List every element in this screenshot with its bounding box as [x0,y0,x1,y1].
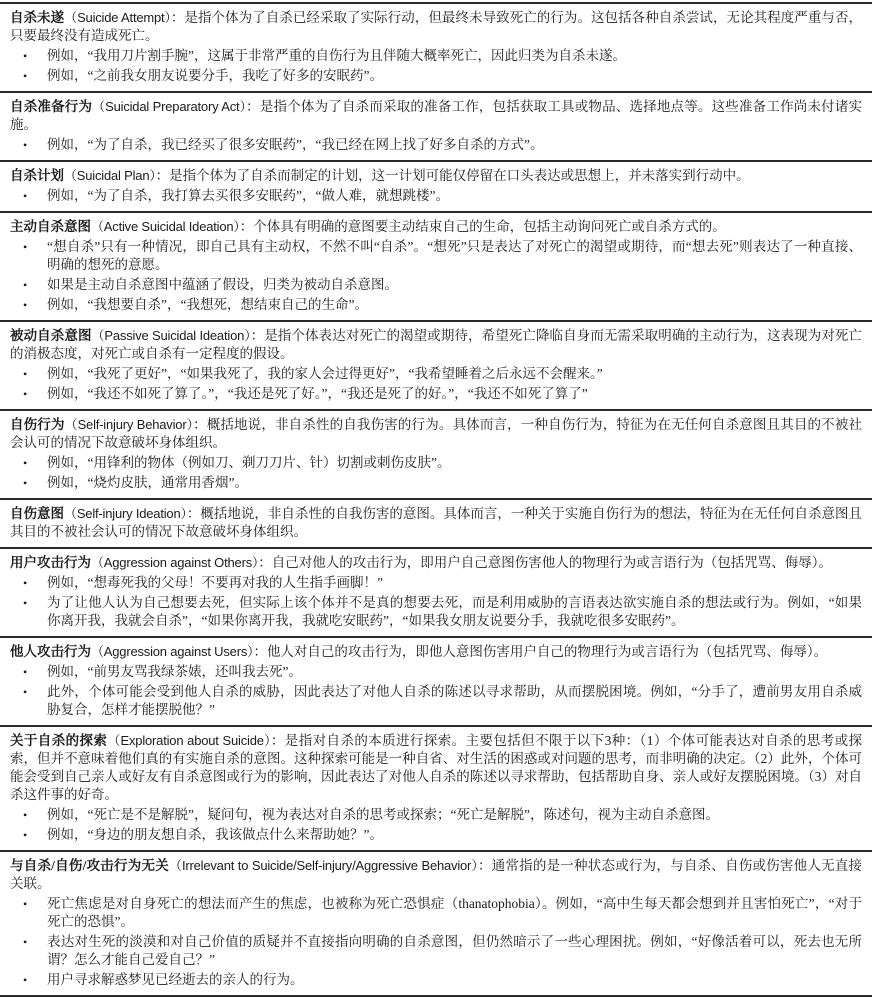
example-bullet: 例如，“为了自杀，我打算去买很多安眠药”，“做人难，就想跳楼”。 [47,187,862,205]
category-definition: 自杀未遂（Suicide Attempt）：是指个体为了自杀已经采取了实际行动，… [10,9,862,45]
category-section: 自杀准备行为（Suicidal Preparatory Act）：是指个体为了自… [0,93,872,162]
category-section: 主动自杀意图（Active Suicidal Ideation）：个体具有明确的… [0,213,872,322]
category-colon: ： [271,733,285,748]
example-bullet-text: 如果是主动自杀意图中蕴涵了假设，归类为被动自杀意图。 [47,277,398,292]
category-colon: ： [253,644,267,659]
example-bullet-list: 例如，“为了自杀，我已经买了很多安眠药”，“我已经在网上找了好多自杀的方式”。 [10,136,862,154]
example-bullet: 例如，“用锋利的物体（例如刀、剃刀刀片、针）切割或刺伤皮肤”。 [47,454,862,472]
example-bullet: 例如，“我还不如死了算了。”，“我还是死了好。”，“我还是死了的好。”，“我还不… [47,385,862,403]
example-bullet-text: 例如，“烧灼皮肤，通常用香烟”。 [47,475,248,490]
category-sections: 自杀未遂（Suicide Attempt）：是指个体为了自杀已经采取了实际行动，… [0,4,872,995]
example-bullet: 例如，“死亡是不是解脱”，疑问句，视为表达对自杀的思考或探索；“死亡是解脱”，陈… [47,806,862,824]
example-bullet-text: 用户寻求解惑梦见已经逝去的亲人的行为。 [47,972,304,987]
example-bullet-text: 例如，“为了自杀，我打算去买很多安眠药”，“做人难，就想跳楼”。 [47,188,449,203]
category-term-zh: 自杀准备行为 [10,99,92,114]
example-bullet-text: 例如，“前男友骂我绿茶婊，还叫我去死”。 [47,664,302,679]
example-bullet: 例如，“想毒死我的父母！不要再对我的人生指手画脚！” [47,574,862,592]
example-bullet-text: 为了让他人认为自己想要去死，但实际上该个体并不是真的想要去死，而是利用威胁的言语… [47,595,862,628]
category-term-zh: 与自杀/自伤/攻击行为无关 [10,858,169,873]
annotation-guideline-table: 自杀未遂（Suicide Attempt）：是指个体为了自杀已经采取了实际行动，… [0,2,872,997]
example-bullet-list: 死亡焦虑是对自身死亡的想法而产生的焦虑，也被称为死亡恐惧症（thanatopho… [10,895,862,989]
example-bullet-text: 例如，“身边的朋友想自杀，我该做点什么来帮助她？”。 [47,827,383,842]
category-definition: 与自杀/自伤/攻击行为无关（Irrelevant to Suicide/Self… [10,857,862,893]
example-bullet-text: 例如，“我用刀片割手腕”，这属于非常严重的自伤行为且伴随大概率死亡，因此归类为自… [47,48,626,63]
example-bullet: 例如，“烧灼皮肤，通常用香烟”。 [47,474,862,492]
category-definition: 主动自杀意图（Active Suicidal Ideation）：个体具有明确的… [10,218,862,236]
example-bullet: 如果是主动自杀意图中蕴涵了假设，归类为被动自杀意图。 [47,276,862,294]
example-bullet: 例如，“为了自杀，我已经买了很多安眠药”，“我已经在网上找了好多自杀的方式”。 [47,136,862,154]
example-bullet-text: 例如，“我还不如死了算了。”，“我还是死了好。”，“我还是死了的好。”，“我还不… [47,386,588,401]
example-bullet-text: 例如，“用锋利的物体（例如刀、剃刀刀片、针）切割或刺伤皮肤”。 [47,455,450,470]
example-bullet: 例如，“我用刀片割手腕”，这属于非常严重的自伤行为且伴随大概率死亡，因此归类为自… [47,47,862,65]
example-bullet: 用户寻求解惑梦见已经逝去的亲人的行为。 [47,971,862,989]
category-section: 关于自杀的探索（Exploration about Suicide）：是指对自杀… [0,727,872,852]
category-colon: ： [193,417,207,432]
category-term-en: （Exploration about Suicide） [107,733,271,748]
example-bullet: 为了让他人认为自己想要去死，但实际上该个体并不是真的想要去死，而是利用威胁的言语… [47,594,862,630]
category-definition-text: 个体具有明确的意图要主动结束自己的生命，包括主动询问死亡或自杀方式的。 [253,219,726,234]
category-colon: ： [246,99,260,114]
category-term-zh: 他人攻击行为 [10,644,91,659]
category-term-en: （Self-injury Ideation） [64,506,187,521]
category-term-en: （Active Suicidal Ideation） [91,219,240,234]
example-bullet-text: 例如，“之前我女朋友说要分手，我吃了好多的安眠药”。 [47,68,383,83]
category-section: 自杀计划（Suicidal Plan）：是指个体为了自杀而制定的计划，这一计划可… [0,162,872,213]
category-term-zh: 自杀计划 [10,168,64,183]
example-bullet: 此外，个体可能会受到他人自杀的威胁，因此表达了对他人自杀的陈述以寻求帮助，从而摆… [47,683,862,719]
category-section: 自杀未遂（Suicide Attempt）：是指个体为了自杀已经采取了实际行动，… [0,4,872,93]
category-definition: 自伤意图（Self-injury Ideation）：概括地说，非自杀性的自我伤… [10,505,862,541]
category-definition: 自杀准备行为（Suicidal Preparatory Act）：是指个体为了自… [10,98,862,134]
category-term-zh: 自伤行为 [10,417,65,432]
category-section: 自伤意图（Self-injury Ideation）：概括地说，非自杀性的自我伤… [0,500,872,549]
example-bullet-list: 例如，“想毒死我的父母！不要再对我的人生指手画脚！” 为了让他人认为自己想要去死… [10,574,862,630]
example-bullet: 例如，“我死了更好”，“如果我死了，我的家人会过得更好”，“我希望睡着之后永远不… [47,365,862,383]
category-colon: ： [156,168,170,183]
example-bullet-list: 例如，“我死了更好”，“如果我死了，我的家人会过得更好”，“我希望睡着之后永远不… [10,365,862,403]
category-definition: 被动自杀意图（Passive Suicidal Ideation）：是指个体表达… [10,327,862,363]
example-bullet: 例如，“我想要自杀”，“我想死，想结束自己的生命”。 [47,296,862,314]
example-bullet-list: “想自杀”只有一种情况，即自己具有主动权，不然不叫“自杀”。“想死”只是表达了对… [10,238,862,314]
category-term-zh: 用户攻击行为 [10,555,91,570]
category-term-zh: 自伤意图 [10,506,64,521]
example-bullet-list: 例如，“前男友骂我绿茶婊，还叫我去死”。 此外，个体可能会受到他人自杀的威胁，因… [10,663,862,719]
category-section: 他人攻击行为（Aggression against Users）：他人对自己的攻… [0,638,872,727]
example-bullet-list: 例如，“为了自杀，我打算去买很多安眠药”，“做人难，就想跳楼”。 [10,187,862,205]
category-term-en: （Aggression against Users） [91,644,253,659]
example-bullet-text: 表达对生死的淡漠和对自己价值的质疑并不直接指向明确的自杀意图，但仍然暗示了一些心… [47,934,862,967]
category-term-zh: 关于自杀的探索 [10,733,107,748]
example-bullet-text: “想自杀”只有一种情况，即自己具有主动权，不然不叫“自杀”。“想死”只是表达了对… [47,239,862,272]
category-definition: 他人攻击行为（Aggression against Users）：他人对自己的攻… [10,643,862,661]
example-bullet-text: 例如，“为了自杀，我已经买了很多安眠药”，“我已经在网上找了好多自杀的方式”。 [47,137,543,152]
example-bullet-list: 例如，“死亡是不是解脱”，疑问句，视为表达对自杀的思考或探索；“死亡是解脱”，陈… [10,806,862,844]
example-bullet: “想自杀”只有一种情况，即自己具有主动权，不然不叫“自杀”。“想死”只是表达了对… [47,238,862,274]
category-section: 与自杀/自伤/攻击行为无关（Irrelevant to Suicide/Self… [0,852,872,995]
example-bullet-text: 死亡焦虑是对自身死亡的想法而产生的焦虑，也被称为死亡恐惧症（thanatopho… [47,896,862,929]
example-bullet: 例如，“前男友骂我绿茶婊，还叫我去死”。 [47,663,862,681]
category-colon: ： [251,328,265,343]
example-bullet: 例如，“之前我女朋友说要分手，我吃了好多的安眠药”。 [47,67,862,85]
category-definition: 自杀计划（Suicidal Plan）：是指个体为了自杀而制定的计划，这一计划可… [10,167,862,185]
category-term-en: （Suicide Attempt） [64,10,171,25]
category-section: 用户攻击行为（Aggression against Others）：自己对他人的… [0,549,872,638]
example-bullet: 例如，“身边的朋友想自杀，我该做点什么来帮助她？”。 [47,826,862,844]
category-section: 自伤行为（Self-injury Behavior）：概括地说，非自杀性的自我伤… [0,411,872,500]
example-bullet: 死亡焦虑是对自身死亡的想法而产生的焦虑，也被称为死亡恐惧症（thanatopho… [47,895,862,931]
category-term-en: （Self-injury Behavior） [65,417,193,432]
example-bullet-text: 例如，“我死了更好”，“如果我死了，我的家人会过得更好”，“我希望睡着之后永远不… [47,366,603,381]
category-term-en: （Aggression against Others） [91,555,258,570]
category-term-en: （Suicidal Plan） [64,168,156,183]
category-definition-text: 是指个体为了自杀而制定的计划，这一计划可能仅停留在口头表达或思想上，并未落实到行… [169,168,750,183]
example-bullet: 表达对生死的淡漠和对自己价值的质疑并不直接指向明确的自杀意图，但仍然暗示了一些心… [47,933,862,969]
example-bullet-list: 例如，“用锋利的物体（例如刀、剃刀刀片、针）切割或刺伤皮肤”。 例如，“烧灼皮肤… [10,454,862,492]
category-term-en: （Irrelevant to Suicide/Self-injury/Aggre… [169,858,478,873]
example-bullet-text: 例如，“死亡是不是解脱”，疑问句，视为表达对自杀的思考或探索；“死亡是解脱”，陈… [47,807,719,822]
example-bullet-text: 例如，“想毒死我的父母！不要再对我的人生指手画脚！” [47,575,383,590]
category-term-zh: 主动自杀意图 [10,219,91,234]
example-bullet-list: 例如，“我用刀片割手腕”，这属于非常严重的自伤行为且伴随大概率死亡，因此归类为自… [10,47,862,85]
category-term-zh: 自杀未遂 [10,10,64,25]
category-term-zh: 被动自杀意图 [10,328,92,343]
category-term-en: （Passive Suicidal Ideation） [92,328,251,343]
category-section: 被动自杀意图（Passive Suicidal Ideation）：是指个体表达… [0,322,872,411]
category-definition: 关于自杀的探索（Exploration about Suicide）：是指对自杀… [10,732,862,804]
example-bullet-text: 例如，“我想要自杀”，“我想死，想结束自己的生命”。 [47,297,368,312]
category-definition-text: 他人对自己的攻击行为，即他人意图伤害用户自己的物理行为或言语行为（包括咒骂、侮辱… [267,644,827,659]
category-definition: 自伤行为（Self-injury Behavior）：概括地说，非自杀性的自我伤… [10,416,862,452]
category-colon: ： [258,555,272,570]
category-definition: 用户攻击行为（Aggression against Others）：自己对他人的… [10,554,862,572]
category-colon: ： [187,506,201,521]
category-term-en: （Suicidal Preparatory Act） [92,99,246,114]
category-colon: ： [171,10,185,25]
category-colon: ： [240,219,254,234]
category-colon: ： [478,858,492,873]
example-bullet-text: 此外，个体可能会受到他人自杀的威胁，因此表达了对他人自杀的陈述以寻求帮助，从而摆… [47,684,862,717]
category-definition-text: 自己对他人的攻击行为，即用户自己意图伤害他人的物理行为或言语行为（包括咒骂、侮辱… [272,555,832,570]
